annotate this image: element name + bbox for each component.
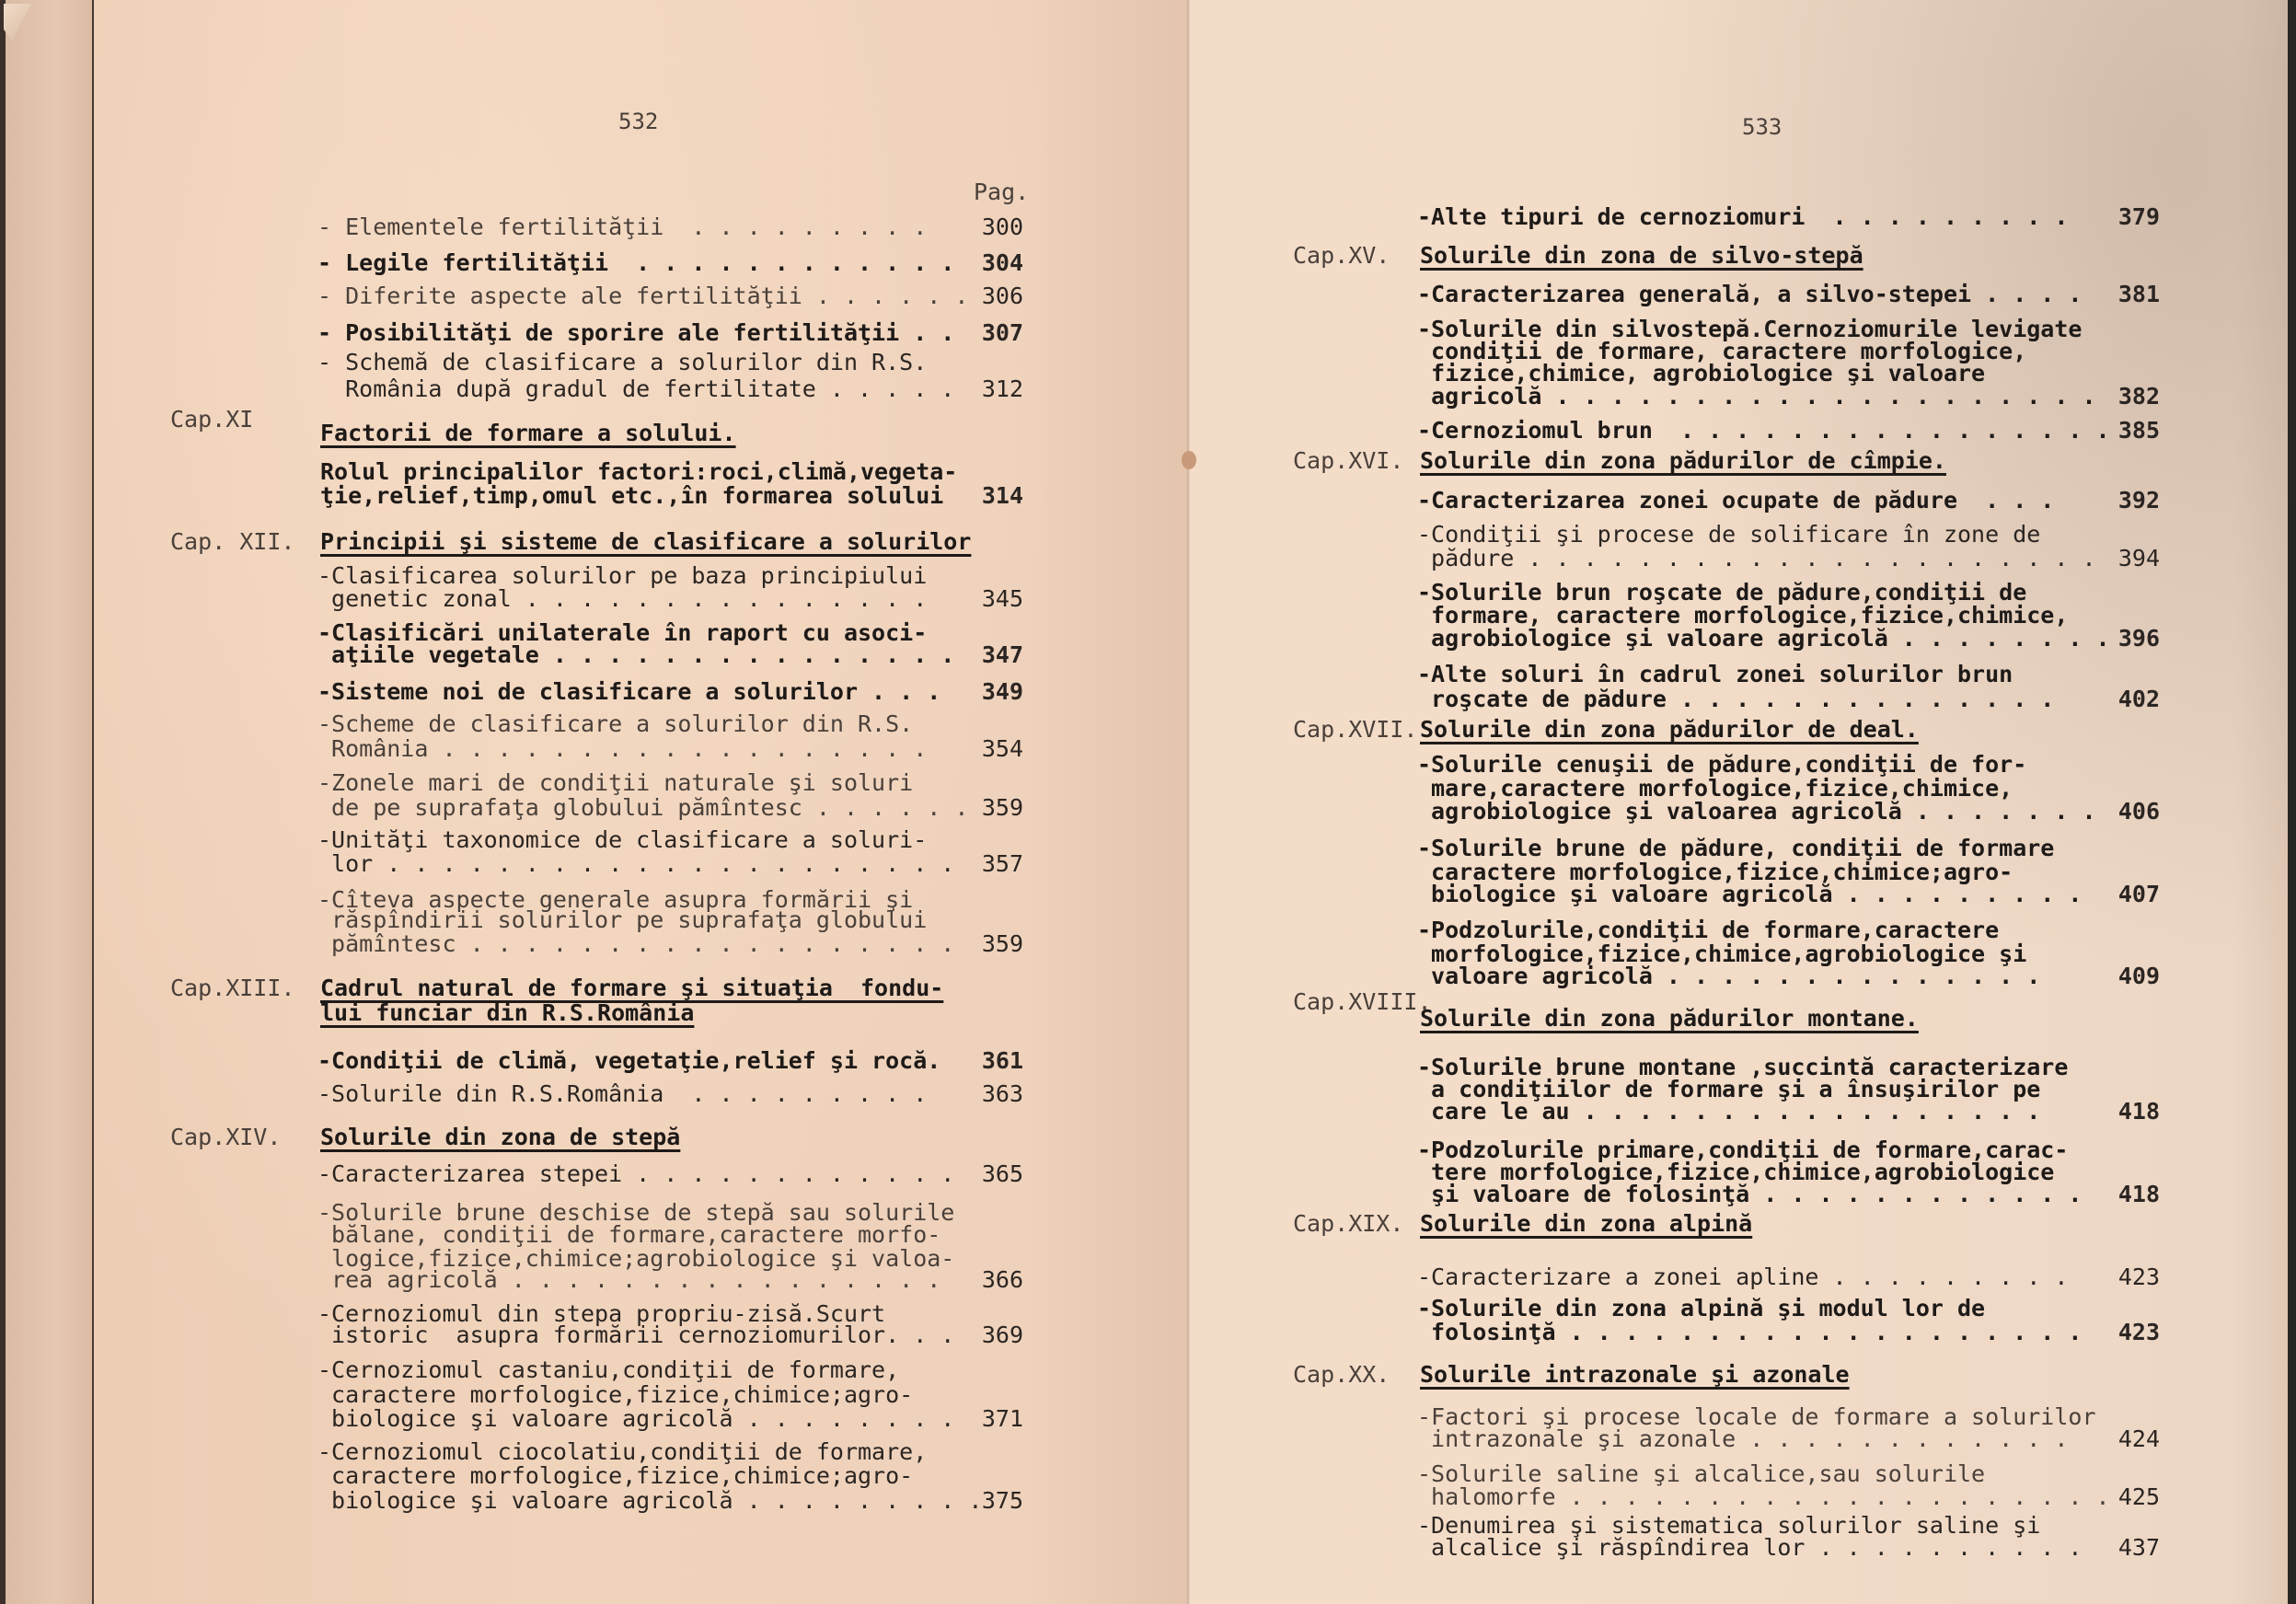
- chapter-title: Solurile intrazonale şi azonale: [1420, 1363, 1850, 1387]
- chapter-title: Factorii de formare a solului.: [320, 421, 736, 445]
- toc-entry-line: rea agricolă . . . . . . . . . . . . . .…: [317, 1268, 940, 1292]
- toc-entry-line: folosinţă . . . . . . . . . . . . . . . …: [1417, 1321, 2082, 1344]
- toc-page-number: 345: [950, 587, 1023, 611]
- toc-entry-line: alcalice şi răspîndirea lor . . . . . . …: [1417, 1536, 2082, 1560]
- toc-entry-line: caractere morfologice,fizice,chimice;agr…: [317, 1464, 913, 1488]
- toc-page-number: 359: [950, 932, 1023, 956]
- toc-page-number: 307: [950, 321, 1023, 345]
- toc-entry-line: - Elementele fertilităţii . . . . . . . …: [317, 215, 927, 239]
- chapter-title: Solurile din zona alpină: [1420, 1212, 1752, 1236]
- page-number-left: 532: [618, 109, 658, 134]
- toc-page-number: 396: [2086, 627, 2160, 651]
- chapter-title: Principii şi sisteme de clasificare a so…: [320, 530, 971, 554]
- toc-page-number: 409: [2086, 964, 2160, 988]
- toc-page-number: 423: [2086, 1265, 2160, 1289]
- toc-entry-line: - Posibilităţi de sporire ale fertilităţ…: [317, 321, 954, 345]
- toc-page-number: 392: [2086, 489, 2160, 513]
- toc-entry-line: istoric asupra formării cernoziomurilor.…: [317, 1323, 954, 1347]
- toc-page-number: 418: [2086, 1100, 2160, 1124]
- toc-page-number: 306: [950, 284, 1023, 308]
- toc-entry-line: bălane, condiţii de formare,caractere mo…: [317, 1223, 940, 1247]
- page-column-header: Pag.: [974, 180, 1029, 204]
- chapter-label: Cap.XVI.: [1293, 449, 1403, 473]
- toc-entry-line: -Condiţii şi procese de solificare în zo…: [1417, 523, 2040, 547]
- toc-page-number: 371: [950, 1407, 1023, 1431]
- toc-page-number: 402: [2086, 687, 2160, 711]
- toc-entry-line: agricolă . . . . . . . . . . . . . . . .…: [1417, 385, 2096, 409]
- toc-page-number: 359: [950, 796, 1023, 820]
- toc-entry-line: roşcate de pădure . . . . . . . . . . . …: [1417, 687, 2054, 711]
- toc-entry-line: biologice şi valoare agricolă . . . . . …: [1417, 883, 2082, 906]
- toc-entry-line: biologice şi valoare agricolă . . . . . …: [317, 1489, 982, 1513]
- toc-page-number: 314: [950, 484, 1023, 508]
- toc-entry-line: -Caracterizare a zonei apline . . . . . …: [1417, 1265, 2068, 1289]
- toc-entry-line: -Alte soluri în cadrul zonei solurilor b…: [1417, 663, 2013, 687]
- toc-page-number: 382: [2086, 385, 2160, 409]
- toc-page-number: 366: [950, 1268, 1023, 1292]
- toc-entry-line: -Sisteme noi de clasificare a solurilor …: [317, 680, 940, 704]
- chapter-label: Cap. XII.: [170, 530, 294, 554]
- chapter-title: Cadrul natural de formare şi situaţia fo…: [320, 976, 943, 1000]
- toc-entry-line: - Diferite aspecte ale fertilităţii . . …: [317, 284, 968, 308]
- page-number-right: 533: [1742, 114, 1782, 140]
- toc-entry-line: de pe suprafaţa globului pămîntesc . . .…: [317, 796, 968, 820]
- chapter-title: Solurile din zona pădurilor de deal.: [1420, 718, 1919, 742]
- toc-entry-line: ţie,relief,timp,omul etc.,în formarea so…: [320, 484, 943, 508]
- toc-page-number: 437: [2086, 1536, 2160, 1560]
- toc-page-number: 406: [2086, 800, 2160, 824]
- toc-entry-line: intrazonale şi azonale . . . . . . . . .…: [1417, 1427, 2068, 1451]
- toc-entry-line: -Condiţii de climă, vegetaţie,relief şi …: [317, 1049, 940, 1073]
- chapter-title: Solurile din zona pădurilor de cîmpie.: [1420, 449, 1946, 473]
- previous-page-edge: [0, 0, 94, 1604]
- toc-entry-line: -Podzolurile,condiţii de formare,caracte…: [1417, 918, 1999, 942]
- toc-page-number: 304: [950, 251, 1023, 275]
- toc-entry-line: lor . . . . . . . . . . . . . . . . . . …: [317, 852, 954, 876]
- chapter-label: Cap.XIII.: [170, 976, 294, 1000]
- toc-entry-line: halomorfe . . . . . . . . . . . . . . . …: [1417, 1485, 2110, 1509]
- toc-entry-line: pădure . . . . . . . . . . . . . . . . .…: [1417, 547, 2096, 571]
- toc-page-number: 363: [950, 1082, 1023, 1106]
- toc-entry-line: -Zonele mari de condiţii naturale şi sol…: [317, 771, 913, 795]
- chapter-label: Cap.XVIII.: [1293, 990, 1432, 1014]
- toc-page-number: 418: [2086, 1183, 2160, 1206]
- toc-entry-line: -Solurile cenuşii de pădure,condiţii de …: [1417, 753, 2026, 777]
- toc-page-number: 424: [2086, 1427, 2160, 1451]
- toc-page-number: 365: [950, 1162, 1023, 1186]
- toc-entry-line: România . . . . . . . . . . . . . . . . …: [317, 737, 927, 761]
- toc-entry-line: aţiile vegetale . . . . . . . . . . . . …: [317, 643, 954, 667]
- chapter-title: lui funciar din R.S.România: [320, 1001, 694, 1025]
- chapter-label: Cap.XI: [170, 408, 253, 432]
- toc-entry-line: -Scheme de clasificare a solurilor din R…: [317, 712, 913, 736]
- toc-page-number: 381: [2086, 283, 2160, 306]
- toc-entry-line: care le au . . . . . . . . . . . . . . .…: [1417, 1100, 2040, 1124]
- toc-page-number: 423: [2086, 1321, 2160, 1344]
- toc-page-number: 425: [2086, 1485, 2160, 1509]
- toc-entry-line: -Solurile brune de pădure, condiţii de f…: [1417, 837, 2054, 860]
- toc-entry-line: pămîntesc . . . . . . . . . . . . . . . …: [317, 932, 954, 956]
- toc-entry-line: -Unităţi taxonomice de clasificare a sol…: [317, 828, 927, 852]
- toc-entry-line: România după gradul de fertilitate . . .…: [317, 377, 954, 401]
- toc-entry-line: -Caracterizarea zonei ocupate de pădure …: [1417, 489, 2054, 513]
- toc-page-number: 379: [2086, 205, 2160, 229]
- toc-entry-line: -Cernoziomul ciocolatiu,condiţii de form…: [317, 1440, 927, 1464]
- toc-entry-line: şi valoare de folosinţă . . . . . . . . …: [1417, 1183, 2082, 1206]
- toc-entry-line: agrobiologice şi valoarea agricolă . . .…: [1417, 800, 2096, 824]
- toc-entry-line: -Cernoziomul brun . . . . . . . . . . . …: [1417, 419, 2110, 443]
- toc-entry-line: -Alte tipuri de cernoziomuri . . . . . .…: [1417, 205, 2068, 229]
- toc-page-number: 354: [950, 737, 1023, 761]
- toc-entry-line: agrobiologice şi valoare agricolă . . . …: [1417, 627, 2110, 651]
- toc-entry-line: caractere morfologice,fizice,chimice;agr…: [317, 1383, 913, 1407]
- toc-entry-line: Rolul principalilor factori:roci,climă,v…: [320, 460, 957, 484]
- toc-page-number: 349: [950, 680, 1023, 704]
- toc-entry-line: -Cernoziomul castaniu,condiţii de formar…: [317, 1358, 899, 1382]
- toc-entry-line: -Solurile din zona alpină şi modul lor d…: [1417, 1297, 1985, 1321]
- chapter-title: Solurile din zona de silvo-stepă: [1420, 244, 1863, 268]
- toc-page-number: 407: [2086, 883, 2160, 906]
- chapter-label: Cap.XIV.: [170, 1125, 281, 1149]
- toc-page-number: 394: [2086, 547, 2160, 571]
- paper-stain: [1182, 451, 1196, 469]
- toc-entry-line: -Caracterizarea generală, a silvo-stepei…: [1417, 283, 2082, 306]
- chapter-label: Cap.XX.: [1293, 1363, 1390, 1387]
- toc-entry-line: - Legile fertilităţii . . . . . . . . . …: [317, 251, 954, 275]
- chapter-title: Solurile din zona pădurilor montane.: [1420, 1007, 1919, 1031]
- toc-page-number: 357: [950, 852, 1023, 876]
- chapter-label: Cap.XIX.: [1293, 1212, 1403, 1236]
- toc-page-number: 385: [2086, 419, 2160, 443]
- toc-entry-line: valoare agricolă . . . . . . . . . . . .…: [1417, 964, 2040, 988]
- toc-page-number: 300: [950, 215, 1023, 239]
- toc-page-number: 347: [950, 643, 1023, 667]
- toc-entry-line: - Schemă de clasificare a solurilor din …: [317, 351, 927, 375]
- toc-page-number: 369: [950, 1323, 1023, 1347]
- toc-entry-line: răspîndirii solurilor pe suprafaţa globu…: [317, 908, 927, 932]
- toc-page-number: 361: [950, 1049, 1023, 1073]
- toc-page-number: 375: [950, 1489, 1023, 1513]
- toc-entry-line: genetic zonal . . . . . . . . . . . . . …: [317, 587, 927, 611]
- toc-entry-line: biologice şi valoare agricolă . . . . . …: [317, 1407, 954, 1431]
- toc-entry-line: -Caracterizarea stepei . . . . . . . . .…: [317, 1162, 954, 1186]
- toc-page-number: 312: [950, 377, 1023, 401]
- chapter-label: Cap.XV.: [1293, 244, 1390, 268]
- book-cover-edge: [0, 0, 6, 1604]
- chapter-label: Cap.XVII.: [1293, 718, 1417, 742]
- toc-entry-line: -Solurile din R.S.România . . . . . . . …: [317, 1082, 927, 1106]
- chapter-title: Solurile din zona de stepă: [320, 1125, 680, 1149]
